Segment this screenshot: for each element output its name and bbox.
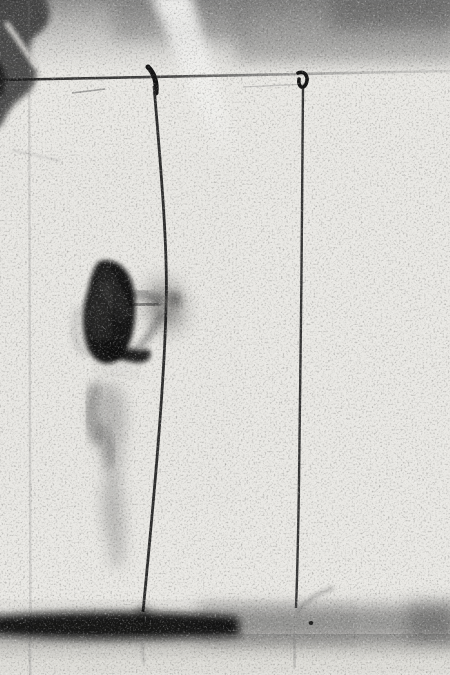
film-grain-light	[0, 0, 450, 675]
photograph	[0, 0, 450, 675]
photo-canvas	[0, 0, 450, 675]
